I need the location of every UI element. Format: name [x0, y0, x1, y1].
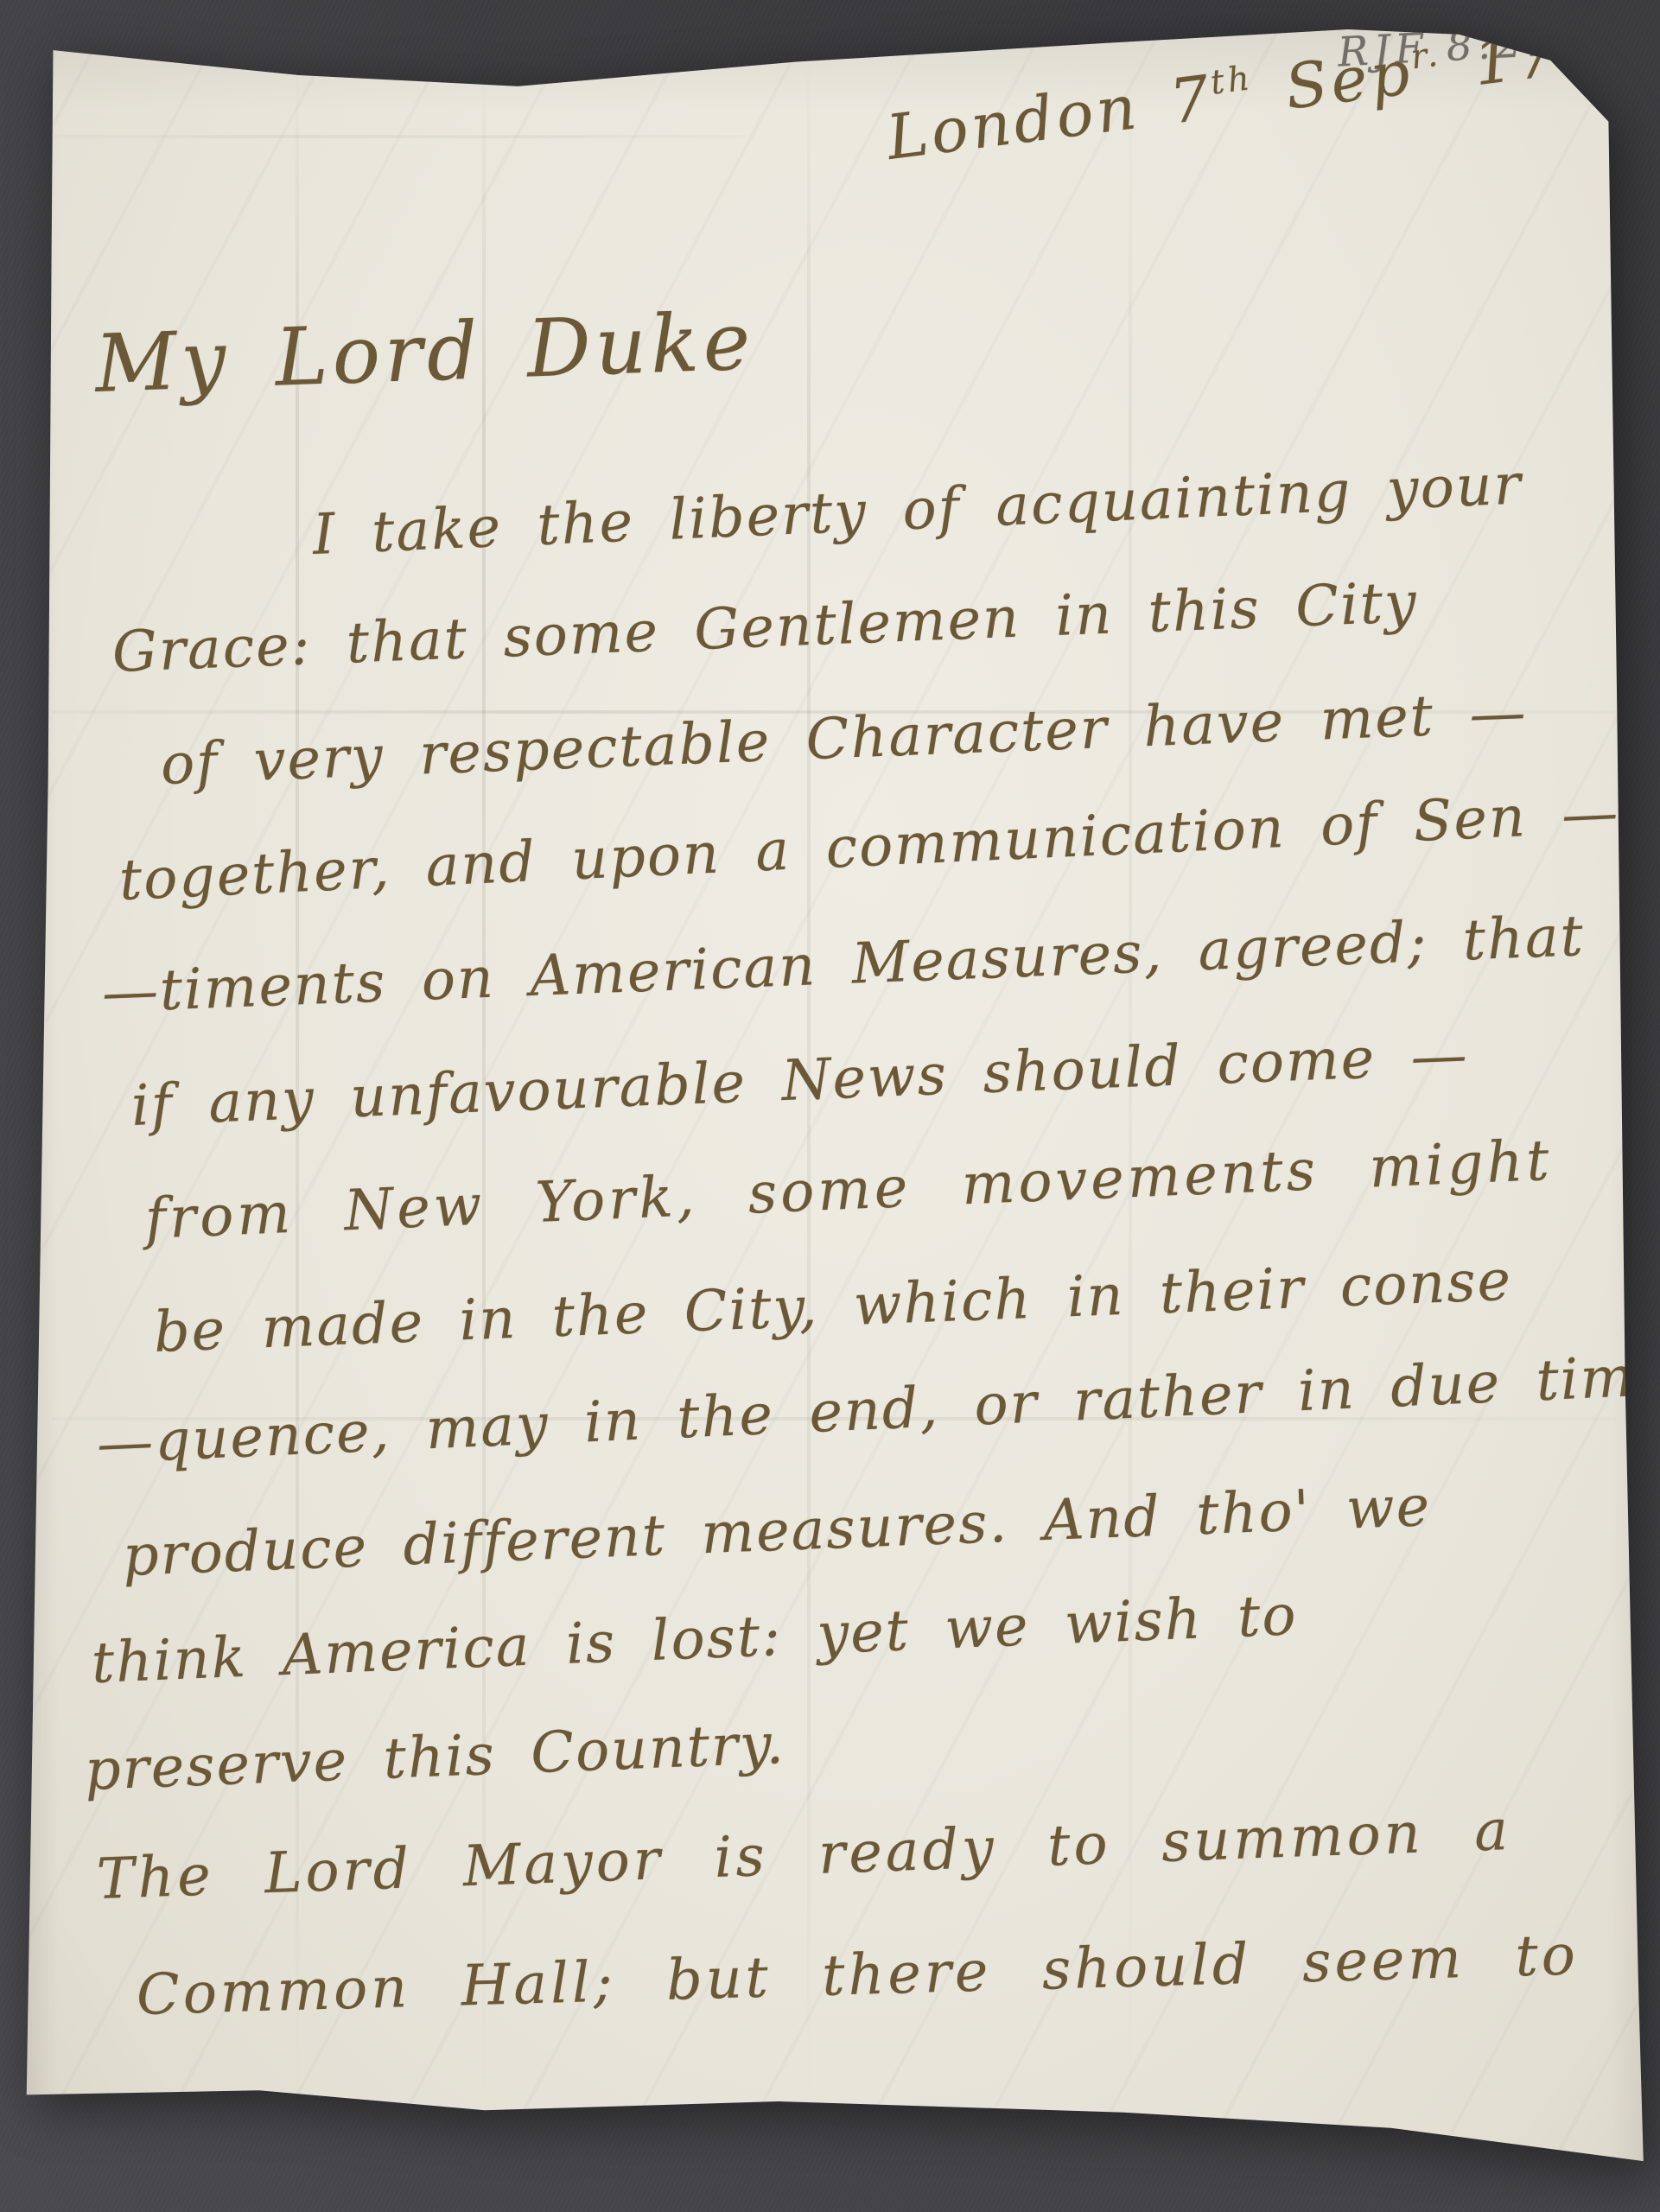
letter-line: from New York, some movements might: [143, 1128, 1553, 1252]
letter-line: together, and upon a communication of Se…: [118, 780, 1621, 913]
letter-line: —timents on American Measures, agreed; t…: [101, 904, 1586, 1026]
letter-line: The Lord Mayor is ready to summon a: [96, 1798, 1512, 1912]
letter-line: think America is lost: yet we wish to: [90, 1583, 1298, 1696]
letter-body: I take the liberty of acquainting your G…: [0, 0, 1660, 2212]
letter-line: I take the liberty of acquainting your: [311, 452, 1523, 568]
letter-line: produce different measures. And tho' we: [122, 1474, 1433, 1589]
letter-line: of very respectable Character have met —: [160, 680, 1529, 798]
letter-line: Common Hall; but there should seem to: [136, 1923, 1580, 2028]
photo-backdrop: RJF 8.218 London 7th Sepr. 1776 My Lord …: [0, 0, 1660, 2212]
letter-line: preserve this Country.: [84, 1712, 786, 1803]
paper-shadow-wrap: RJF 8.218 London 7th Sepr. 1776 My Lord …: [0, 0, 1660, 2212]
letter-line: —quence, may in the end, or rather in du…: [95, 1344, 1660, 1477]
letter-line: Grace: that some Gentlemen in this City: [111, 570, 1419, 685]
letter-line: if any unfavourable News should come —: [130, 1023, 1470, 1139]
letter-paper: RJF 8.218 London 7th Sepr. 1776 My Lord …: [0, 0, 1660, 2212]
letter-line: be made in the City, which in their cons…: [153, 1249, 1514, 1365]
